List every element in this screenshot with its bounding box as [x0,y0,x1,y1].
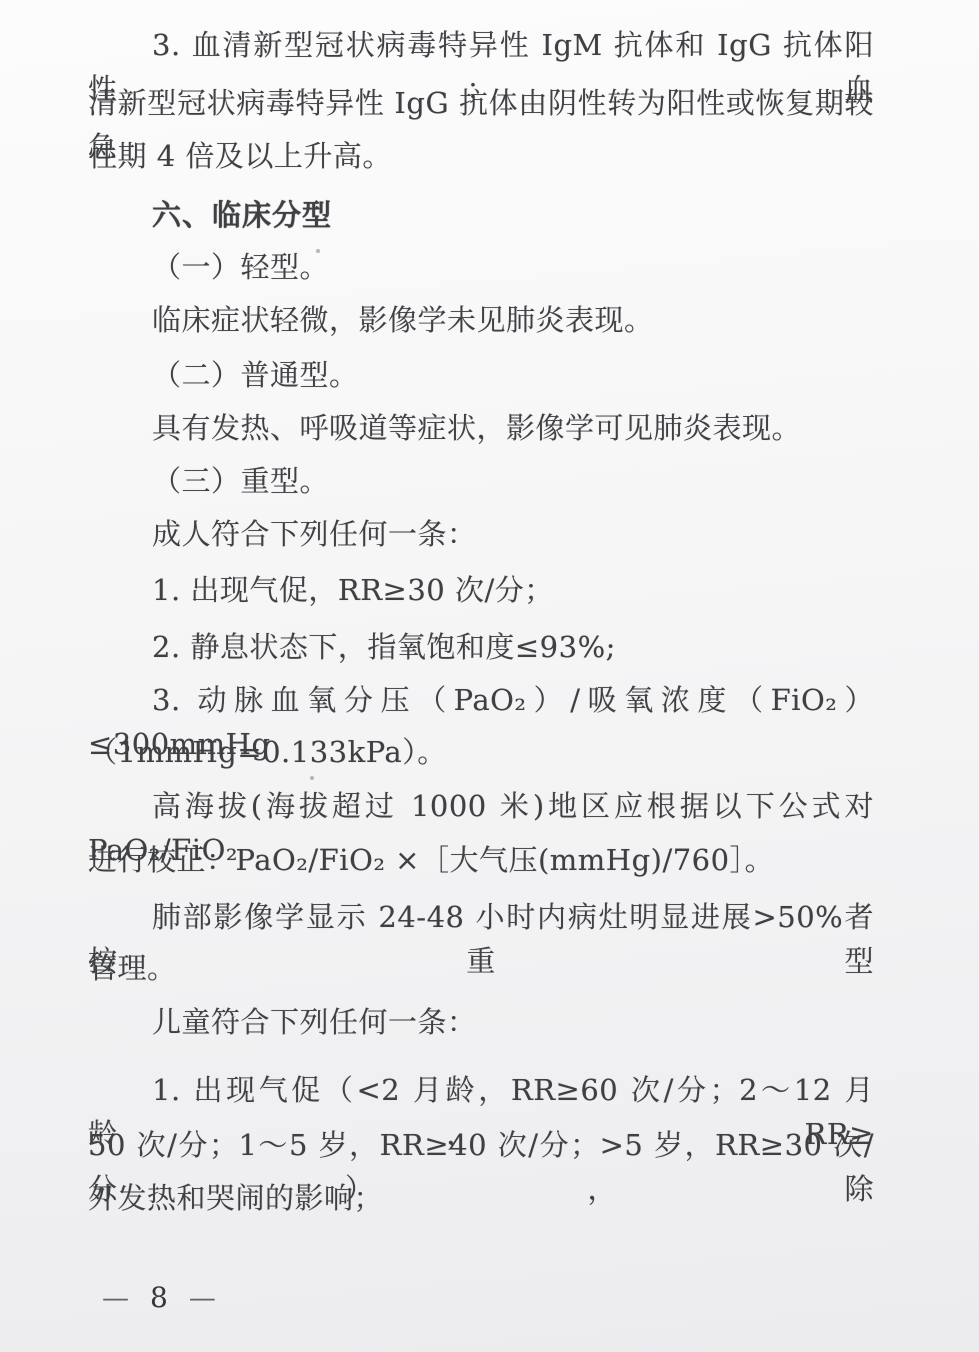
subsection-heading: （二）普通型。 [88,353,874,397]
list-item: 3. 动脉血氧分压（PaO₂）/吸氧浓度（FiO₂）≤300mmHg [88,678,874,722]
page-footer: —8— [102,1281,217,1315]
scan-speck [316,249,320,253]
scan-speck [310,776,314,780]
paragraph-line: 性期 4 倍及以上升高。 [88,134,874,178]
scanned-document-page: 3. 血清新型冠状病毒特异性 IgM 抗体和 IgG 抗体阳性；血 清新型冠状病… [0,0,979,1352]
paragraph-line: 进行校正：PaO₂/FiO₂ ×［大气压(mmHg)/760］。 [88,838,874,882]
paragraph-line: 管理。 [88,946,874,990]
subsection-heading: （一）轻型。 [88,245,874,289]
paragraph-line: 清新型冠状病毒特异性 IgG 抗体由阴性转为阳性或恢复期较急 [88,81,874,125]
footer-right-dash: — [189,1283,217,1314]
page-number: 8 [150,1281,169,1314]
list-item: 2. 静息状态下，指氧饱和度≤93%; [88,625,874,669]
list-item: 50 次/分；1～5 岁，RR≥40 次/分；>5 岁，RR≥30 次/分），除 [88,1123,874,1167]
list-item: 1. 出现气促（<2 月龄，RR≥60 次/分；2～12 月龄，RR≥ [88,1068,874,1112]
paragraph-line: （1mmHg=0.133kPa）。 [88,730,874,774]
paragraph-line: 儿童符合下列任何一条： [88,1000,874,1044]
section-heading: 六、临床分型 [88,193,874,237]
paragraph-line: 具有发热、呼吸道等症状，影像学可见肺炎表现。 [88,406,874,450]
subsection-heading: （三）重型。 [88,459,874,503]
footer-left-dash: — [102,1283,130,1314]
paragraph-line: 临床症状轻微，影像学未见肺炎表现。 [88,298,874,342]
paragraph-line: 外发热和哭闹的影响； [88,1176,874,1220]
paragraph-line: 3. 血清新型冠状病毒特异性 IgM 抗体和 IgG 抗体阳性；血 [88,23,874,67]
paragraph-line: 肺部影像学显示 24-48 小时内病灶明显进展>50%者按重型 [88,895,874,939]
paragraph-line: 成人符合下列任何一条： [88,512,874,556]
paragraph-line: 高海拔(海拔超过 1000 米)地区应根据以下公式对 PaO₂/FiO₂ [88,784,874,828]
list-item: 1. 出现气促，RR≥30 次/分； [88,568,874,612]
